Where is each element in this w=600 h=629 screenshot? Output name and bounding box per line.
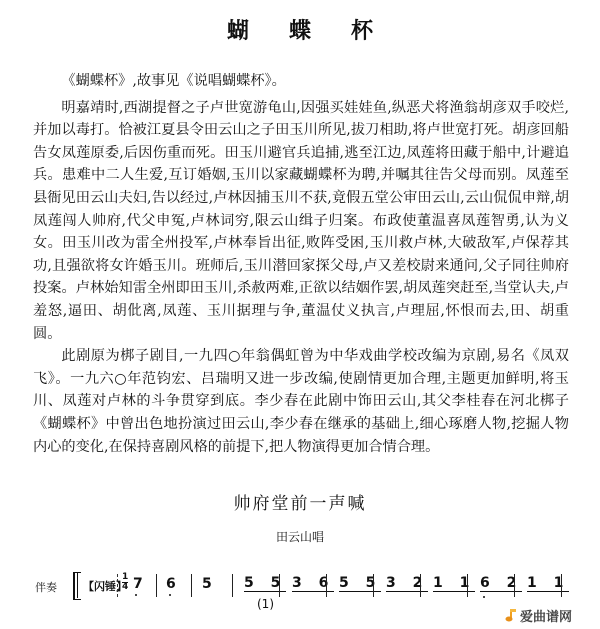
note: 5 xyxy=(202,576,218,592)
singer-label: 田云山唱 xyxy=(0,528,600,545)
barline xyxy=(514,574,515,597)
accompaniment-label: 伴奏 xyxy=(35,579,57,595)
body-text: 《蝴蝶杯》,故事见《说唱蝴蝶杯》。 明嘉靖时,西湖提督之子卢世宽游龟山,因强买娃… xyxy=(33,70,569,458)
note-group: 6 2 xyxy=(480,576,522,592)
note-group: 5 5 xyxy=(244,576,286,592)
system-bracket-inner xyxy=(77,572,82,598)
history-paragraph: 此剧原为梆子剧目,一九四○年翁偶虹曾为中华戏曲学校改编为京剧,易名《凤双飞》。一… xyxy=(33,345,569,458)
barline xyxy=(420,574,421,597)
document-title: 蝴蝶杯 xyxy=(0,14,600,45)
barline xyxy=(232,574,233,597)
percussion-label: 【闪锤】 xyxy=(83,578,127,594)
page-number: (1) xyxy=(257,597,274,611)
note: 7 xyxy=(133,576,149,592)
watermark-text: 爱曲谱网 xyxy=(520,606,572,625)
watermark-logo[interactable]: 爱曲谱网 xyxy=(505,605,572,625)
plot-paragraph: 明嘉靖时,西湖提督之子卢世宽游龟山,因强买娃娃鱼,纵恶犬将渔翁胡彦双手咬烂,并加… xyxy=(33,97,569,346)
intro-paragraph: 《蝴蝶杯》,故事见《说唱蝴蝶杯》。 xyxy=(33,70,569,93)
barline xyxy=(373,574,374,597)
note-group: 3 2 xyxy=(386,576,428,592)
song-title: 帅府堂前一声喊 xyxy=(0,489,600,514)
jianpu-score-row: 伴奏 【闪锤】 1 4 7 6 5 5 5 3 6 5 5 3 2 1 1 6 … xyxy=(33,572,593,602)
barline xyxy=(117,574,119,597)
note-group: 3 6 xyxy=(292,576,334,592)
note-group: 1 1 xyxy=(527,576,569,592)
barline xyxy=(156,574,157,597)
time-signature: 1 4 xyxy=(122,573,128,592)
low-octave-dot xyxy=(483,596,485,598)
barline xyxy=(326,574,327,597)
low-octave-dot xyxy=(169,594,171,596)
note: 6 xyxy=(166,576,182,592)
barline xyxy=(279,574,280,597)
music-note-icon xyxy=(505,608,517,622)
barline xyxy=(191,574,192,597)
barline xyxy=(467,574,468,597)
note-group: 5 5 xyxy=(339,576,381,592)
low-octave-dot xyxy=(135,594,137,596)
note-group: 1 1 xyxy=(433,576,475,592)
barline xyxy=(561,574,562,597)
